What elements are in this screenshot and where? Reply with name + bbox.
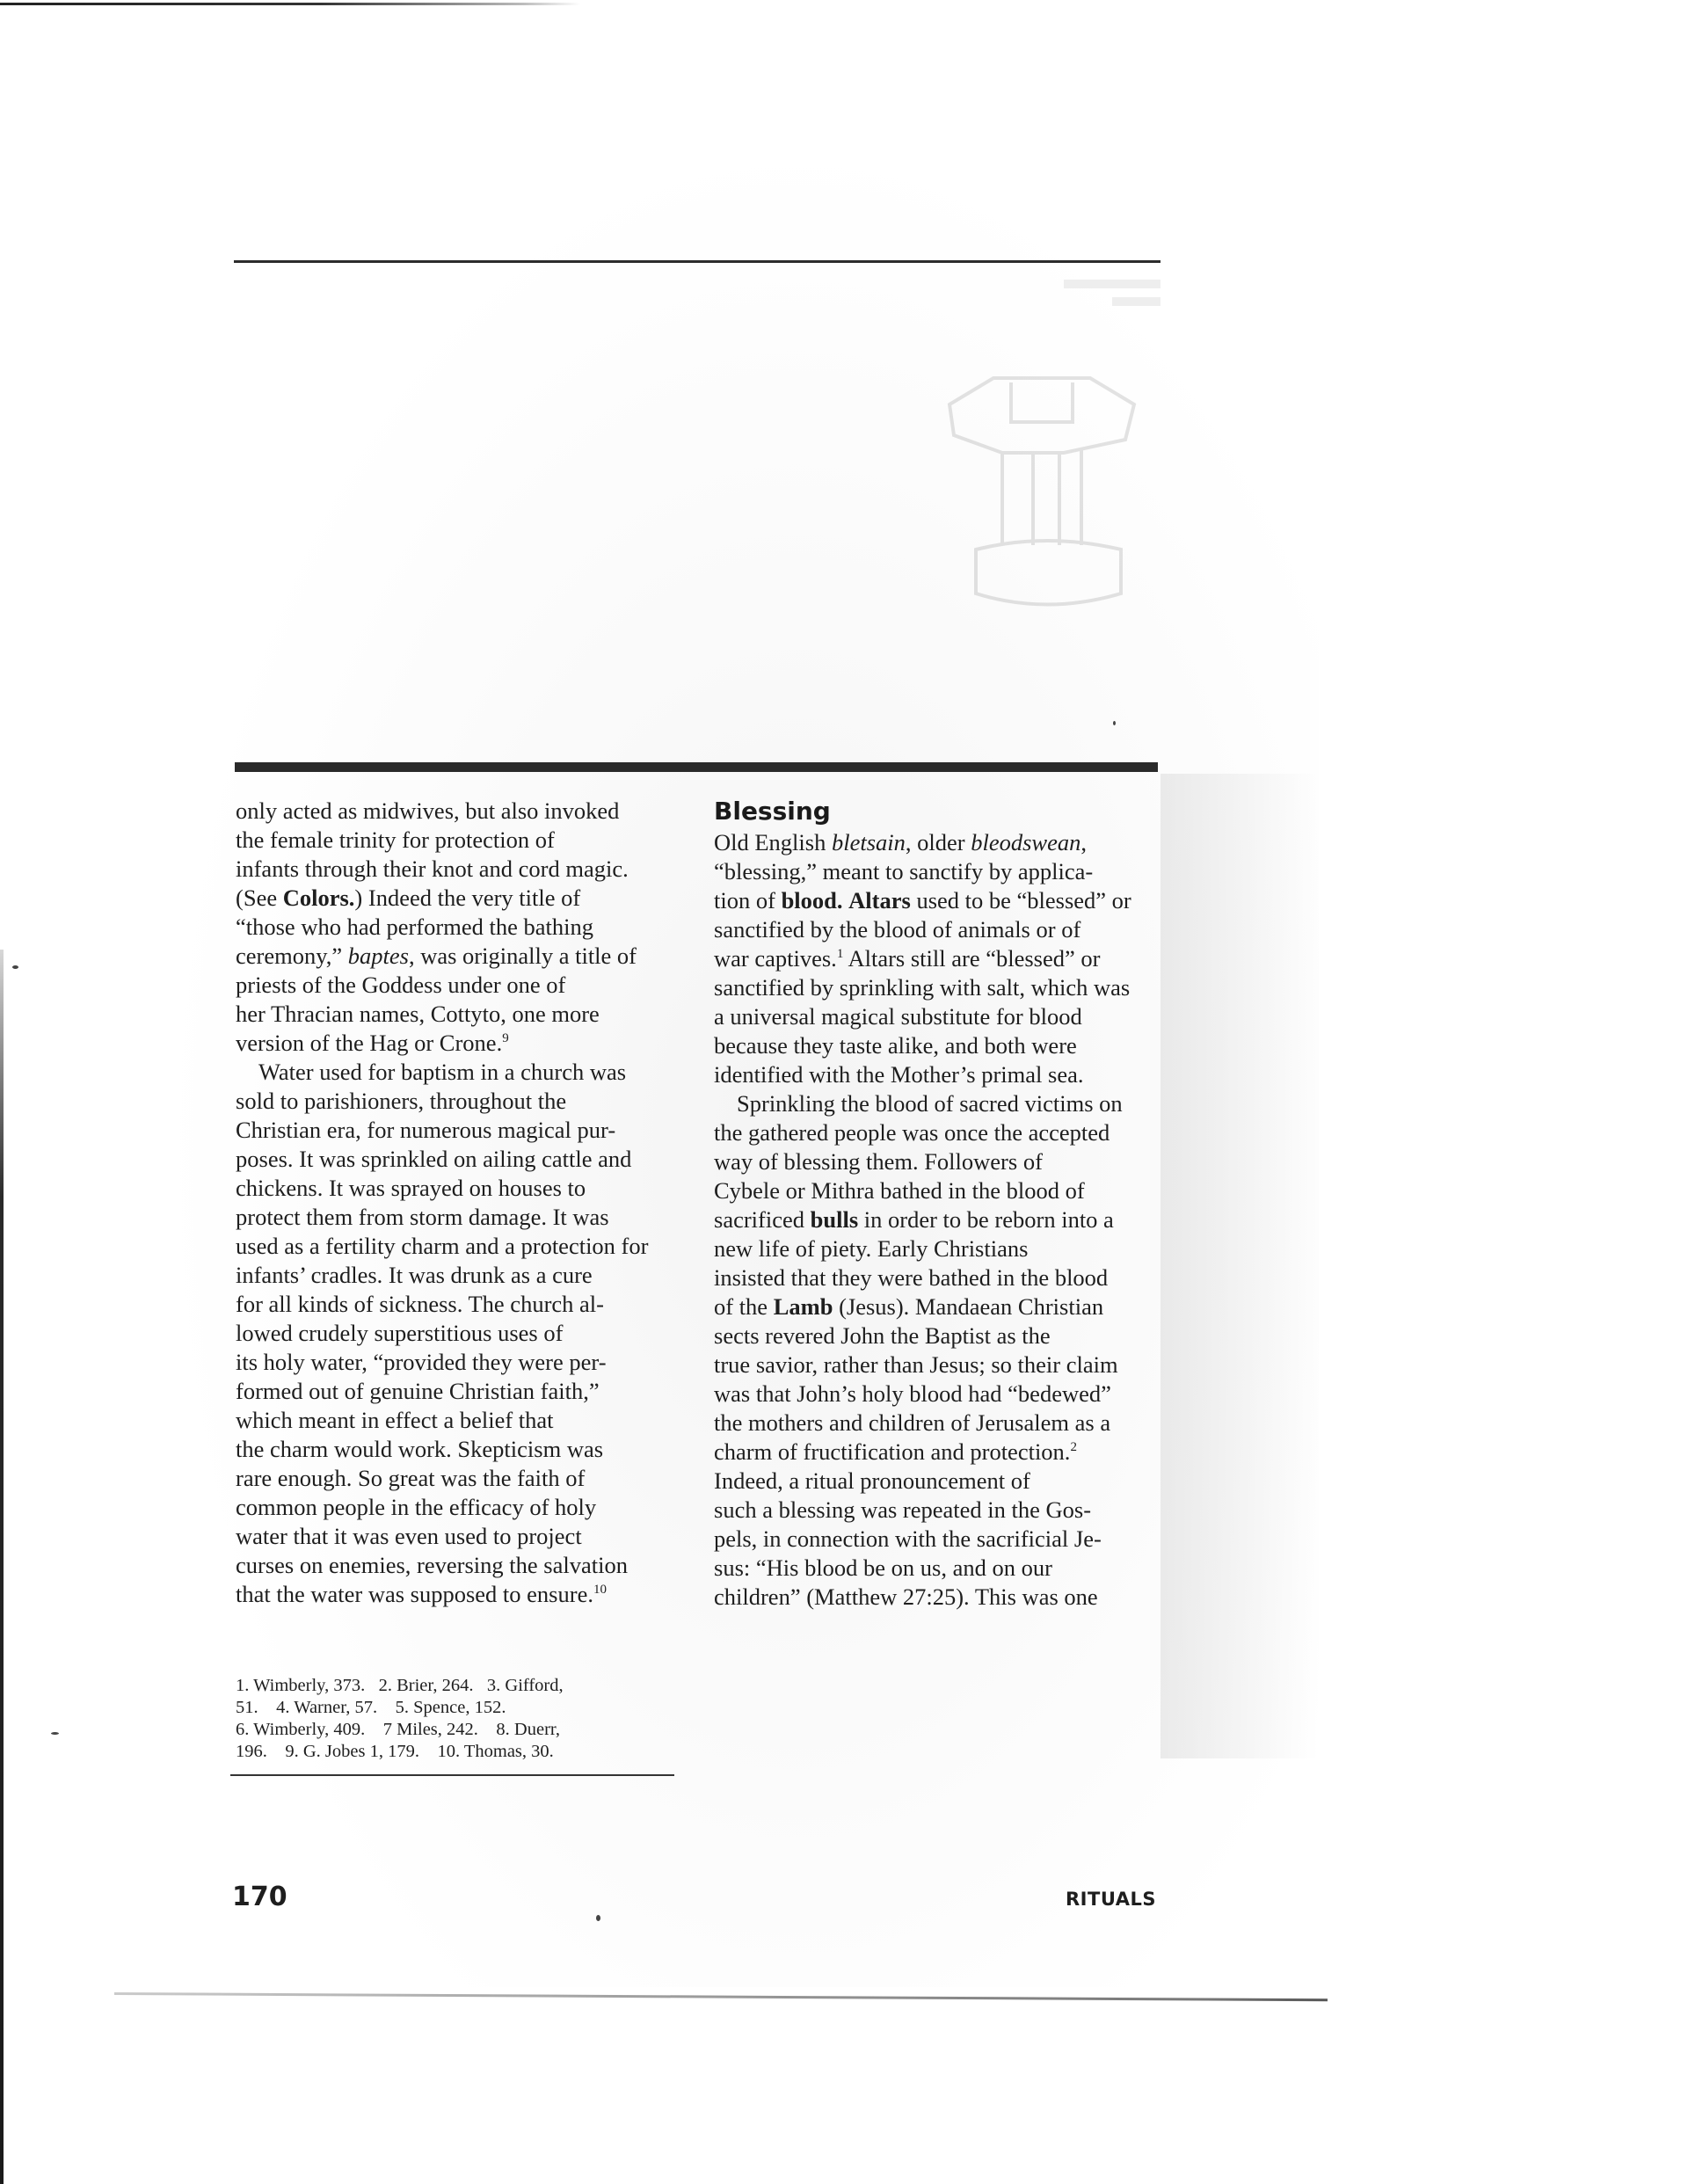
text-line: insisted that they were bathed in the bl… [714,1263,1160,1292]
text-line: sus: “His blood be on us, and on our [714,1554,1160,1583]
text-line: Old English bletsain, older bleodswean, [714,828,1160,857]
text-line: its holy water, “provided they were per- [236,1348,684,1377]
cross-reference-bulls[interactable]: bulls [811,1206,859,1233]
text-line: only acted as midwives, but also invoked [236,797,684,826]
cross-reference-lamb[interactable]: Lamb [774,1293,833,1320]
text-line: the gathered people was once the accepte… [714,1118,1160,1147]
text-line: was that John’s holy blood had “bedewed” [714,1380,1160,1409]
scan-speck [596,1915,600,1921]
running-head: RITUALS [1066,1889,1156,1910]
text-line: ceremony,” baptes, was originally a titl… [236,942,684,971]
text-line: her Thracian names, Cottyto, one more [236,1000,684,1029]
text-run: (See [236,885,283,911]
text-run: ) Indeed the very title of [354,885,580,911]
footnote-rule [230,1774,674,1776]
text-run: of the [714,1293,774,1320]
text-line: common people in the efficacy of holy [236,1493,684,1522]
text-line: sanctified by the blood of animals or of [714,915,1160,944]
text-line: that the water was supposed to ensure.10 [236,1580,684,1609]
text-line: true savior, rather than Jesus; so their… [714,1350,1160,1380]
text-line: infants through their knot and cord magi… [236,855,684,884]
text-line: sacrificed bulls in order to be reborn i… [714,1205,1160,1234]
footnote-line: 196. 9. G. Jobes 1, 179. 10. Thomas, 30. [236,1741,675,1763]
italic-term: bleodswean [971,829,1080,855]
italic-term: bletsain [832,829,906,855]
text-line: (See Colors.) Indeed the very title of [236,884,684,913]
text-run: sacrificed [714,1206,811,1233]
text-line: sanctified by sprinkling with salt, whic… [714,973,1160,1002]
cross-reference-blood[interactable]: blood. [782,887,843,914]
text-line: chickens. It was sprayed on houses to [236,1174,684,1203]
page-number: 170 [232,1882,287,1912]
footnote-line: 51. 4. Warner, 57. 5. Spence, 152. [236,1697,675,1719]
left-column: only acted as midwives, but also invoked… [236,797,684,1609]
scan-edge-left [0,950,4,2184]
text-run: Old English [714,829,832,855]
section-rule [235,762,1158,772]
right-column: Blessing Old English bletsain, older ble… [714,795,1160,1612]
text-line: way of blessing them. Followers of [714,1147,1160,1176]
text-line: children” (Matthew 27:25). This was one [714,1583,1160,1612]
scan-speck [1113,721,1116,725]
text-line: priests of the Goddess under one of [236,971,684,1000]
text-line: the charm would work. Skepticism was [236,1435,684,1464]
top-rule [234,260,1160,263]
text-line: Christian era, for numerous magical pur- [236,1116,684,1145]
entry-heading: Blessing [714,795,1160,828]
text-run: , was originally a title of [409,943,637,969]
text-line: such a blessing was repeated in the Gos- [714,1496,1160,1525]
text-line: sold to parishioners, throughout the [236,1087,684,1116]
footnote-line: 1. Wimberly, 373. 2. Brier, 264. 3. Giff… [236,1675,675,1697]
footnote-ref[interactable]: 9 [502,1031,509,1045]
footnote-ref[interactable]: 10 [593,1583,607,1597]
text-run: charm of fructification and protection. [714,1438,1070,1465]
cross-reference-altars[interactable]: Altars [848,887,911,914]
ghost-caption [1064,280,1160,315]
text-line: the female trinity for protection of [236,826,684,855]
text-run: war captives. [714,945,837,972]
text-line: identified with the Mother’s primal sea. [714,1060,1160,1089]
footnote-line: 6. Wimberly, 409. 7 Miles, 242. 8. Duerr… [236,1719,675,1741]
text-line: water that it was even used to project [236,1522,684,1551]
text-line: the mothers and children of Jerusalem as… [714,1409,1160,1438]
text-line: a universal magical substitute for blood [714,1002,1160,1031]
text-line: war captives.1 Altars still are “blessed… [714,944,1160,973]
text-line: of the Lamb (Jesus). Mandaean Christian [714,1292,1160,1321]
text-line: Sprinkling the blood of sacred victims o… [714,1089,1160,1118]
text-run: version of the Hag or Crone. [236,1030,502,1056]
text-line: poses. It was sprinkled on ailing cattle… [236,1145,684,1174]
text-line: Cybele or Mithra bathed in the blood of [714,1176,1160,1205]
text-line: rare enough. So great was the faith of [236,1464,684,1493]
scan-speck [51,1732,59,1735]
text-run: that the water was supposed to ensure. [236,1581,593,1607]
text-line: pels, in connection with the sacrificial… [714,1525,1160,1554]
text-line: tion of blood. Altars used to be “blesse… [714,886,1160,915]
text-line: “blessing,” meant to sanctify by applica… [714,857,1160,886]
text-line: because they taste alike, and both were [714,1031,1160,1060]
text-run: , older [906,829,971,855]
text-line: formed out of genuine Christian faith,” [236,1377,684,1406]
text-line: “those who had performed the bathing [236,913,684,942]
text-run: (Jesus). Mandaean Christian [833,1293,1103,1320]
text-line: used as a fertility charm and a protecti… [236,1232,684,1261]
text-run: , [1080,829,1087,855]
text-run: ceremony,” [236,943,348,969]
text-run: in order to be reborn into a [858,1206,1114,1233]
text-line: protect them from storm damage. It was [236,1203,684,1232]
text-line: curses on enemies, reversing the salvati… [236,1551,684,1580]
text-line: charm of fructification and protection.2 [714,1438,1160,1467]
text-line: which meant in effect a belief that [236,1406,684,1435]
cross-reference-colors[interactable]: Colors. [283,885,355,911]
text-line: for all kinds of sickness. The church al… [236,1290,684,1319]
text-run: Altars still are “blessed” or [843,945,1100,972]
text-line: Indeed, a ritual pronouncement of [714,1467,1160,1496]
text-line: version of the Hag or Crone.9 [236,1029,684,1058]
scan-edge-top [0,3,580,5]
text-run: used to be “blessed” or [911,887,1131,914]
italic-term: baptes [348,943,409,969]
footnotes: 1. Wimberly, 373. 2. Brier, 264. 3. Giff… [236,1675,675,1763]
baptismal-font-ghost-image [914,343,1160,624]
scan-edge-bottom [114,1992,1328,2001]
text-line: new life of piety. Early Christians [714,1234,1160,1263]
text-line: Water used for baptism in a church was [236,1058,684,1087]
text-line: infants’ cradles. It was drunk as a cure [236,1261,684,1290]
text-line: lowed crudely superstitious uses of [236,1319,684,1348]
scan-speck [12,965,18,969]
footnote-ref[interactable]: 2 [1070,1440,1077,1454]
text-run: tion of [714,887,782,914]
text-line: sects revered John the Baptist as the [714,1321,1160,1350]
scan-shadow-right [1160,774,1319,1758]
